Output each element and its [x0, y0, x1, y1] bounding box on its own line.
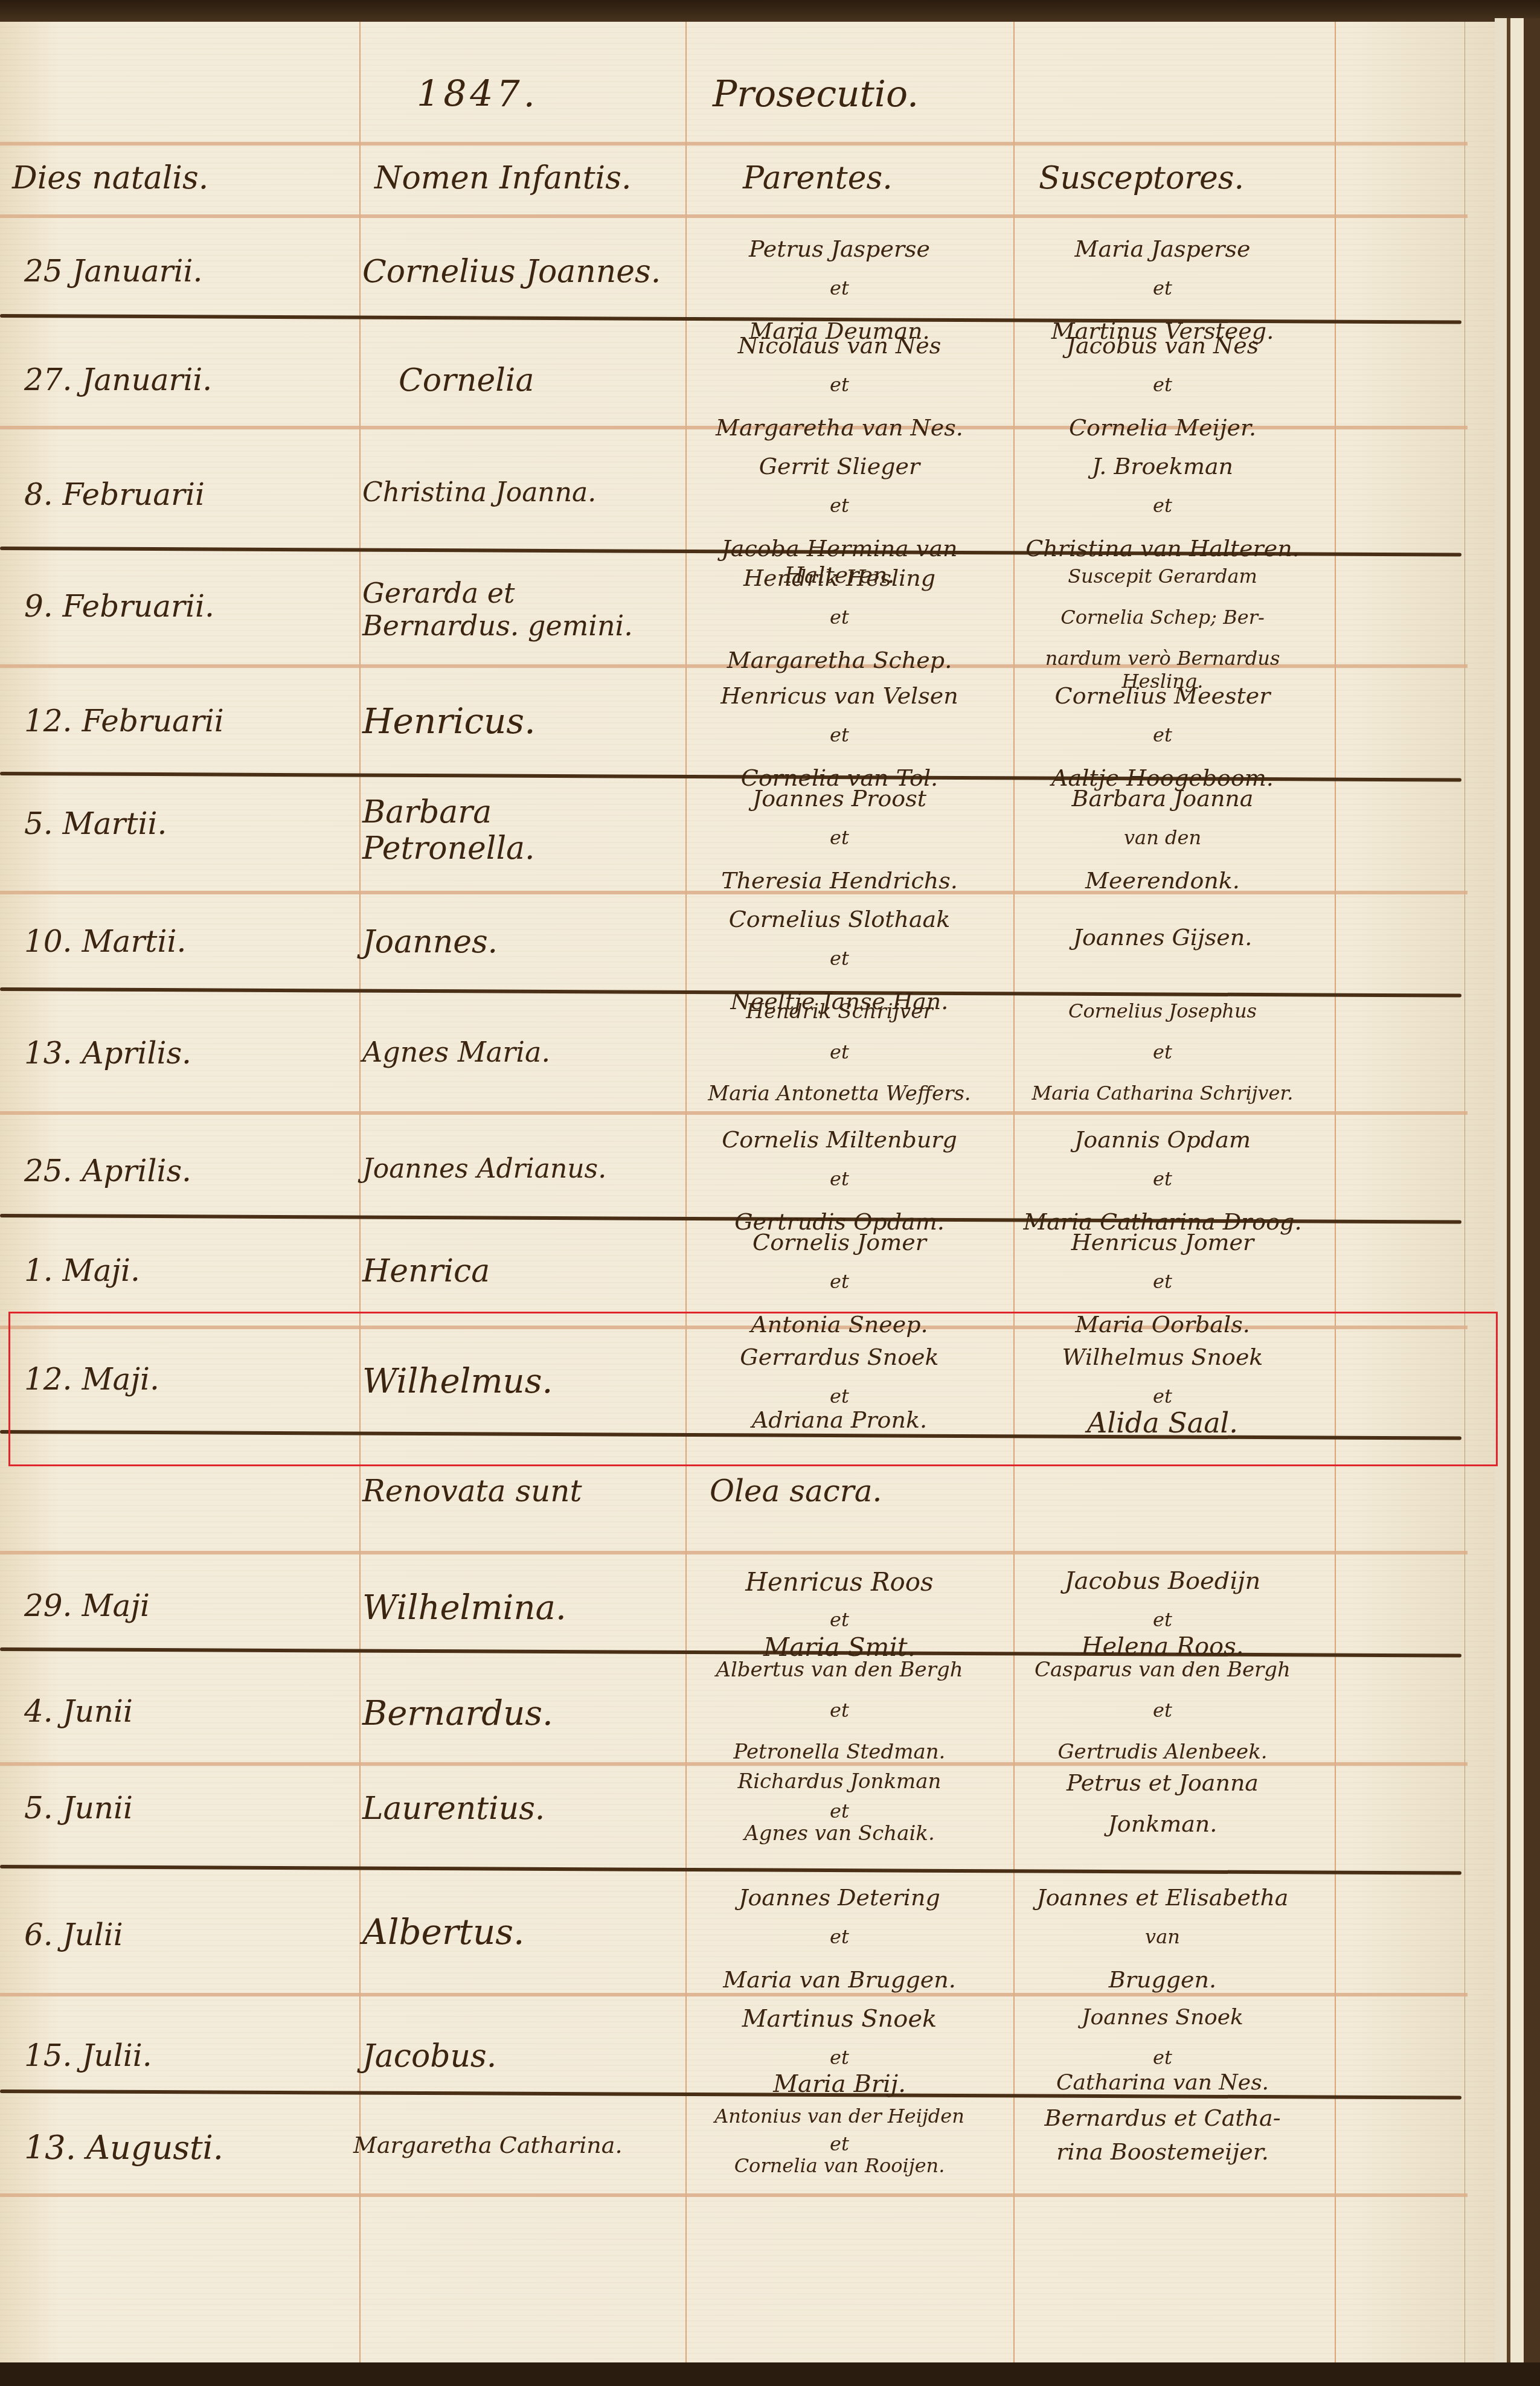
- entry-infant-name: Cornelius Joannes.: [362, 254, 676, 290]
- header-date: Dies natalis.: [12, 162, 208, 195]
- book-bottom-edge: [0, 2362, 1540, 2386]
- column-rule: [1335, 22, 1336, 2362]
- entry-date: 5. Martii.: [24, 806, 338, 841]
- header-parents: Parentes.: [743, 162, 893, 195]
- entry-sponsors: Barbara Joannavan denMeerendonk.: [1006, 785, 1320, 908]
- note-text-continued: Olea sacra.: [710, 1474, 1024, 1509]
- entry-parents: Antonius van der HeijdenetCornelia van R…: [682, 2105, 996, 2195]
- register-title: Prosecutio.: [713, 75, 919, 114]
- entry-parents: Hendrik SchrijveretMaria Antonetta Weffe…: [682, 999, 996, 1123]
- entry-sponsors: Bernardus et Catha-rina Boostemeijer.: [1006, 2105, 1320, 2179]
- row-rule: [0, 142, 1468, 146]
- note-text: Renovata sunt: [362, 1474, 676, 1509]
- entry-date: 12. Februarii: [24, 704, 338, 739]
- header-name: Nomen Infantis.: [374, 162, 631, 195]
- entry-date: 1. Maji.: [24, 1253, 338, 1288]
- entry-infant-name: Jacobus.: [362, 2038, 676, 2074]
- entry-date: 4. Junii: [24, 1694, 338, 1729]
- entry-parents: Nicolaus van NesetMargaretha van Nes.: [682, 332, 996, 455]
- register-year: 1847.: [417, 75, 539, 114]
- header-sponsors: Susceptores.: [1039, 162, 1244, 195]
- entry-sponsors: J. BroekmanetChristina van Halteren.: [1006, 453, 1320, 576]
- entry-rule: [0, 1551, 1468, 1554]
- row-rule: [0, 214, 1468, 218]
- entry-date: 15. Julii.: [24, 2038, 338, 2073]
- entry-date: 6. Julii: [24, 1917, 338, 1952]
- entry-parents: Richardus JonkmanetAgnes van Schaik.: [682, 1769, 996, 1862]
- entry-infant-name: Henricus.: [362, 701, 676, 742]
- entry-infant-name: Joannes.: [362, 924, 676, 960]
- margin-rule: [1465, 22, 1465, 2362]
- entry-sponsors: Suscepit GerardamCornelia Schep; Ber-nar…: [1006, 565, 1320, 688]
- book-top-edge: [0, 0, 1540, 24]
- book-binding: [1495, 18, 1540, 2386]
- entry-infant-name: Laurentius.: [362, 1791, 676, 1827]
- entry-date: 27. Januarii.: [24, 362, 338, 397]
- entry-date: 13. Augusti.: [24, 2129, 338, 2167]
- entry-parents: Hendrik HeslingetMargaretha Schep.: [682, 565, 996, 688]
- entry-sponsors: Petrus et JoannaJonkman.: [1006, 1769, 1320, 1852]
- entry-parents: Joannes DeteringetMaria van Bruggen.: [682, 1884, 996, 2007]
- entry-date: 13. Aprilis.: [24, 1036, 338, 1071]
- entry-parents: Martinus SnoeketMaria Brij.: [682, 2005, 996, 2111]
- entry-infant-name: Henrica: [362, 1253, 676, 1289]
- entry-infant-name: Albertus.: [362, 1911, 676, 1952]
- entry-date: 9. Februarii.: [24, 589, 338, 624]
- entry-infant-name: Margaretha Catharina.: [353, 2132, 667, 2158]
- entry-sponsors: Joannes SnoeketCatharina van Nes.: [1006, 2005, 1320, 2111]
- entry-infant-name: Cornelia: [399, 362, 713, 399]
- entry-date: 25 Januarii.: [24, 254, 338, 289]
- entry-infant-name: Agnes Maria.: [362, 1036, 676, 1068]
- entry-parents: Joannes ProostetTheresia Hendrichs.: [682, 785, 996, 908]
- entry-sponsors: Joannes Gijsen.: [1006, 924, 1320, 965]
- entry-sponsors: Jacobus van NesetCornelia Meijer.: [1006, 332, 1320, 455]
- entry-date: 5. Junii: [24, 1791, 338, 1826]
- highlight-box: [8, 1312, 1498, 1466]
- entry-infant-name: Bernardus.: [362, 1694, 676, 1733]
- entry-infant-name: Christina Joanna.: [362, 477, 676, 508]
- entry-sponsors: Cornelius JosephusetMaria Catharina Schr…: [1006, 999, 1320, 1123]
- entry-infant-name: Wilhelmina.: [362, 1588, 676, 1628]
- entry-sponsors: Joannes et ElisabethavanBruggen.: [1006, 1884, 1320, 2007]
- column-rule: [359, 22, 361, 2362]
- entry-date: 25. Aprilis.: [24, 1153, 338, 1188]
- entry-date: 29. Maji: [24, 1588, 338, 1623]
- entry-date: 10. Martii.: [24, 924, 338, 959]
- entry-parents: Gerrit SliegeretJacoba Hermina van Halte…: [682, 453, 996, 576]
- entry-infant-name: Joannes Adrianus.: [362, 1153, 676, 1184]
- entry-infant-name: Gerarda et Bernardus. gemini.: [362, 577, 676, 642]
- entry-sponsors: Casparus van den BerghetGertrudis Alenbe…: [1006, 1658, 1320, 1781]
- entry-infant-name: Barbara Petronella.: [362, 794, 562, 867]
- entry-date: 8. Februarii: [24, 477, 338, 512]
- entry-parents: Albertus van den BerghetPetronella Stedm…: [682, 1658, 996, 1781]
